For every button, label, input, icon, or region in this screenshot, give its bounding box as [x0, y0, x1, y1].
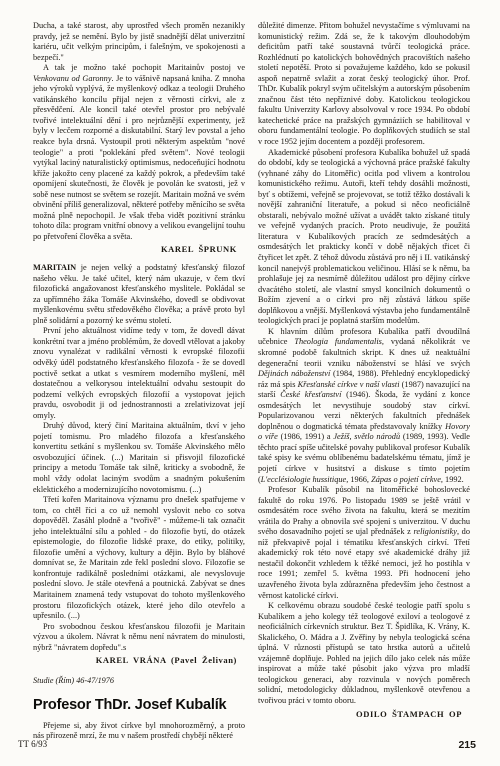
text-run: První jeho aktuálnost vidíme tedy v tom,…	[33, 326, 245, 419]
paragraph: Akademické působení profesora Kubalíka b…	[258, 148, 470, 327]
paragraph: Ducha, a také starost, aby uprostřed vše…	[33, 21, 245, 63]
text-run: je nejen velký a podstatný křesťanský fi…	[33, 263, 245, 325]
text-run: Pro svobodnou českou křesťanskou filozof…	[33, 622, 245, 652]
paragraph: Profesor Kubalík působil na litoměřické …	[258, 485, 470, 601]
italic-run: Křesťanské církve v naší vlasti	[298, 380, 400, 389]
italic-run: L'ecclésiologie hussitique	[261, 475, 346, 484]
left-column: Ducha, a také starost, aby uprostřed vše…	[33, 21, 245, 742]
italic-run: Zápas o pojetí církve	[371, 475, 441, 484]
text-run: . Je to vášnivě napsaná kniha. Z mnoha j…	[33, 74, 245, 241]
text-run: Přejeme si, aby život církve byl mnohoro…	[33, 721, 245, 741]
paragraph: K hlavním dílům profesora Kubalíka patří…	[258, 327, 470, 485]
text-run: Druhý důvod, který činí Maritaina aktuál…	[33, 421, 245, 493]
author-signature: KAREL ŠPRUNK	[33, 244, 237, 255]
paragraph: A tak je možno také pochopit Maritainův …	[33, 63, 245, 242]
text-run: Ducha, a také starost, aby uprostřed vše…	[33, 21, 245, 62]
text-run: , do níž překvapivě pojal i tématiku kře…	[258, 527, 470, 599]
paragraph: důležité dimenze. Přitom bohužel nevysta…	[258, 21, 470, 148]
paragraph: Pro svobodnou českou křesťanskou filozof…	[33, 622, 245, 654]
journal-page: Ducha, a také starost, aby uprostřed vše…	[0, 0, 500, 766]
paragraph: K celkovému obrazu soudobé české teologi…	[258, 601, 470, 706]
text-run: A tak je možno také pochopit Maritainův …	[43, 63, 245, 72]
text-run: Třetí kořen Maritainova významu pro dneš…	[33, 495, 245, 620]
author-signature: KAREL VRÁNA (Pavel Želivan)	[33, 655, 237, 666]
italic-run: Dějinách náboženství	[258, 369, 330, 378]
text-run: (1986, 1991) a	[278, 432, 334, 441]
italic-run: České křesťanství	[280, 390, 341, 399]
right-column: důležité dimenze. Přitom bohužel nevysta…	[258, 21, 470, 742]
italic-run: religionistiky	[413, 527, 456, 536]
footer-issue-label: TT 6/93	[18, 739, 47, 749]
italic-run: Ježíš, světlo národů	[333, 432, 400, 441]
paragraph: Přejeme si, aby život církve byl mnohoro…	[33, 721, 245, 742]
paragraph: První jeho aktuálnost vidíme tedy v tom,…	[33, 326, 245, 421]
italic-run: Venkovanu od Garonny	[33, 74, 112, 83]
text-run: důležité dimenze. Přitom bohužel nevysta…	[258, 21, 470, 146]
text-run: Akademické působení profesora Kubalíka b…	[258, 148, 470, 326]
italic-run: Theologia fundamentalis	[294, 337, 382, 346]
paragraph: Druhý důvod, který činí Maritaina aktuál…	[33, 421, 245, 495]
article-title: Profesor ThDr. Josef Kubalík	[33, 700, 245, 711]
text-run: , 1992.	[441, 475, 464, 484]
two-column-text: Ducha, a také starost, aby uprostřed vše…	[33, 21, 475, 742]
text-run: K celkovému obrazu soudobé české teologi…	[258, 601, 470, 705]
text-run: , 1966,	[346, 475, 371, 484]
paragraph: Třetí kořen Maritainova významu pro dneš…	[33, 495, 245, 622]
bold-run: MARITAIN	[33, 263, 76, 272]
author-signature: ODILO ŠTAMPACH OP	[258, 709, 462, 720]
source-citation: Studie (Řím) 46-47/1976	[33, 676, 245, 687]
paragraph: MARITAIN je nejen velký a podstatný křes…	[33, 263, 245, 326]
footer-page-number: 215	[458, 739, 476, 751]
